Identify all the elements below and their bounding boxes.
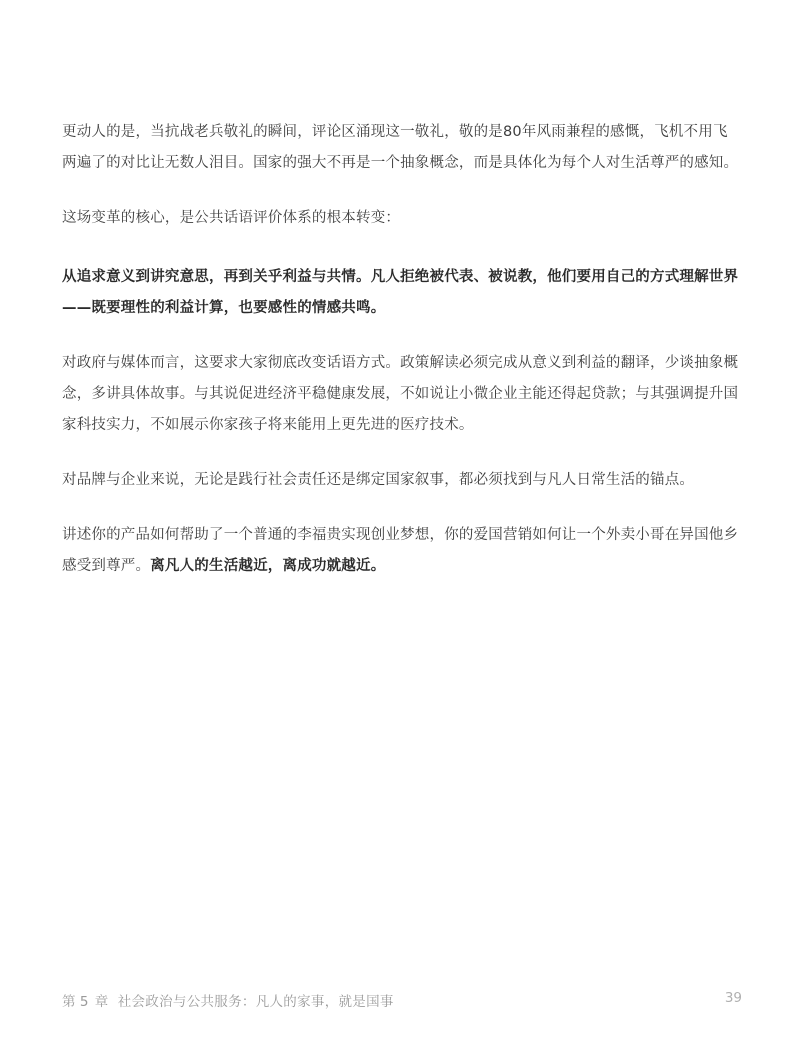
page-footer: 第5章 社会政治与公共服务：凡人的家事，就是国事 39 bbox=[62, 990, 742, 1014]
chapter-prefix: 第 bbox=[62, 994, 76, 1010]
paragraph-key-thesis: 从追求意义到讲究意思，再到关乎利益与共情。凡人拒绝被代表、被说教，他们要用自己的… bbox=[62, 262, 742, 324]
paragraph-storytelling-emphasis: 离凡人的生活越近，离成功就越近。 bbox=[150, 558, 385, 574]
paragraph-veteran-salute: 更动人的是，当抗战老兵敬礼的瞬间，评论区涌现这一敬礼，敬的是80年风雨兼程的感慨… bbox=[62, 117, 742, 179]
paragraph-core-change: 这场变革的核心，是公共话语评价体系的根本转变： bbox=[62, 203, 742, 234]
chapter-suffix: 章 bbox=[95, 994, 109, 1010]
chapter-number: 5 bbox=[80, 994, 89, 1010]
chapter-title: 社会政治与公共服务：凡人的家事，就是国事 bbox=[118, 994, 394, 1010]
paragraph-government-media: 对政府与媒体而言，这要求大家彻底改变话语方式。政策解读必须完成从意义到利益的翻译… bbox=[62, 348, 742, 441]
paragraph-brands-enterprises: 对品牌与企业来说，无论是践行社会责任还是绑定国家叙事，都必须找到与凡人日常生活的… bbox=[62, 465, 742, 496]
page-number: 39 bbox=[725, 990, 742, 1006]
footer-chapter-title: 第5章 社会政治与公共服务：凡人的家事，就是国事 bbox=[62, 990, 394, 1010]
page-body: 更动人的是，当抗战老兵敬礼的瞬间，评论区涌现这一敬礼，敬的是80年风雨兼程的感慨… bbox=[62, 117, 742, 606]
paragraph-storytelling: 讲述你的产品如何帮助了一个普通的李福贵实现创业梦想，你的爱国营销如何让一个外卖小… bbox=[62, 520, 742, 582]
